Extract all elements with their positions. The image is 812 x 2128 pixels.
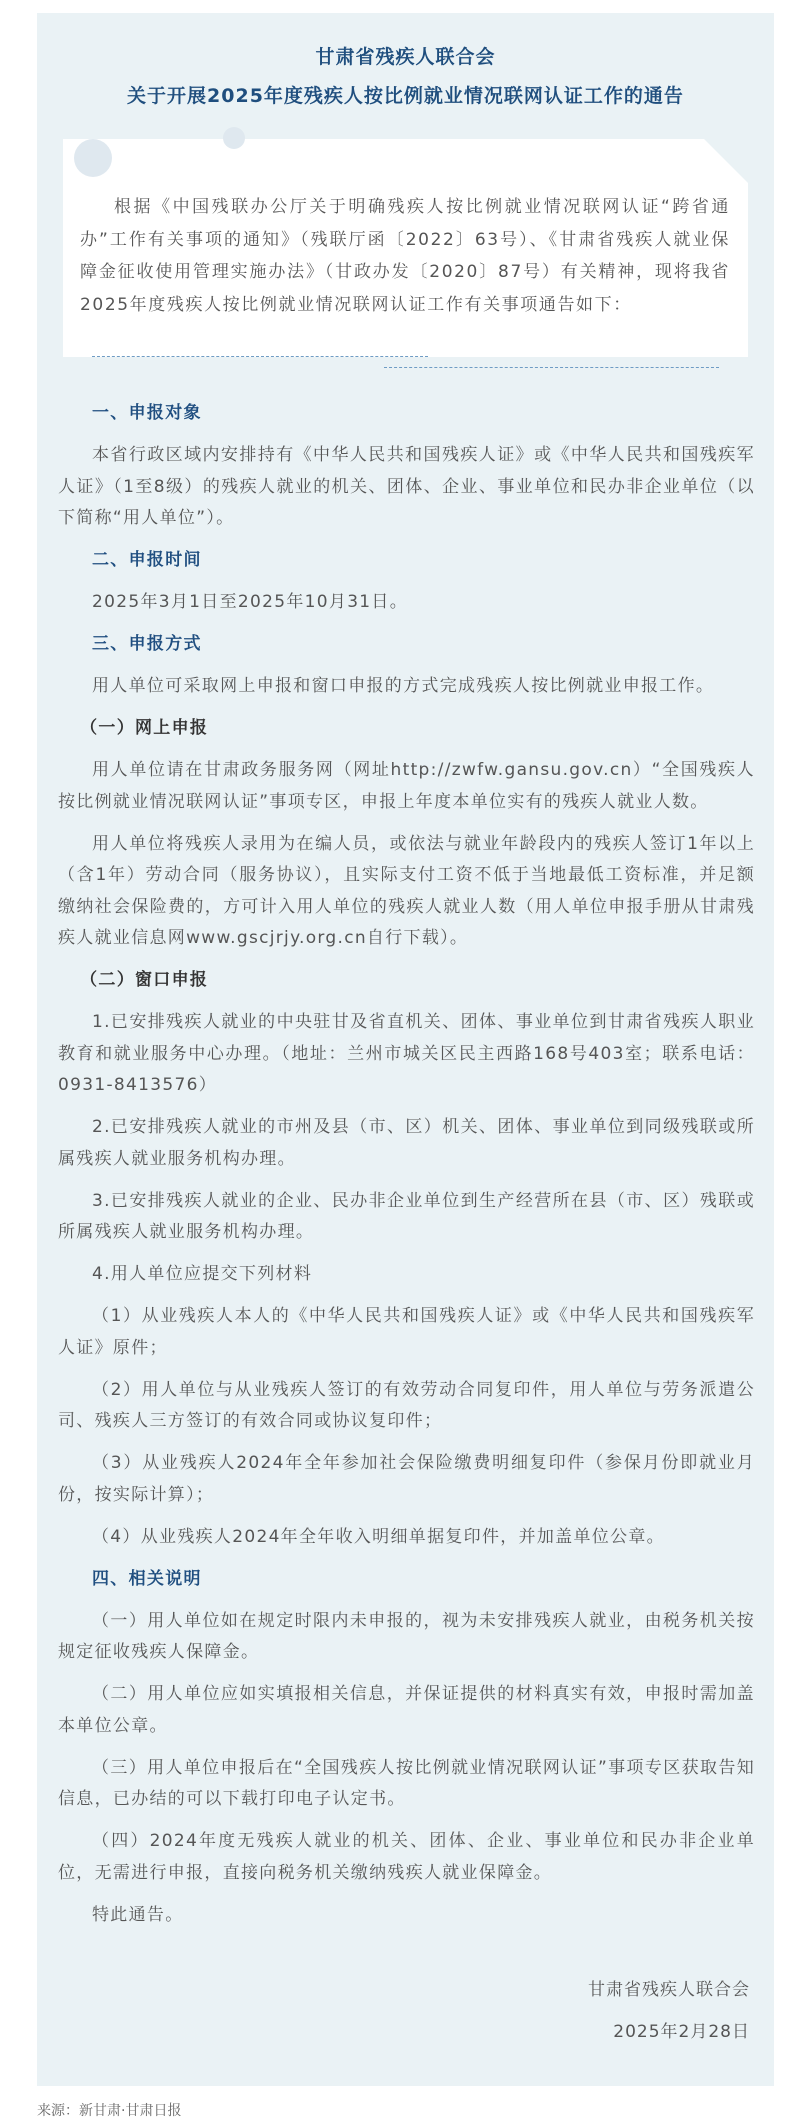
source-attribution: 来源：新甘肃·甘肃日报 xyxy=(37,2100,181,2120)
intro-paragraph: 根据《中国残联办公厅关于明确残疾人按比例就业情况联网认证“跨省通办”工作有关事项… xyxy=(80,191,730,321)
list-item: 2.已安排残疾人就业的市州及县（市、区）机关、团体、事业单位到同级残联或所属残疾… xyxy=(58,1112,755,1175)
section-heading-applicants: 一、申报对象 xyxy=(58,398,755,430)
paragraph: 用人单位请在甘肃政务服务网（网址http://zwfw.gansu.gov.cn… xyxy=(58,755,755,818)
notice-panel: 甘肃省残疾人联合会 关于开展2025年度残疾人按比例就业情况联网认证工作的通告 … xyxy=(37,13,774,2086)
notice-body: 一、申报对象 本省行政区域内安排持有《中华人民共和国残疾人证》或《中华人民共和国… xyxy=(58,398,755,1942)
decorative-circle-small xyxy=(223,127,245,149)
material-item: （3）从业残疾人2024年全年参加社会保险缴费明细复印件（参保月份即就业月份，按… xyxy=(58,1448,755,1511)
paragraph: 2025年3月1日至2025年10月31日。 xyxy=(58,587,755,619)
section-heading-period: 二、申报时间 xyxy=(58,545,755,577)
list-item: 3.已安排残疾人就业的企业、民办非企业单位到生产经营所在县（市、区）残联或所属残… xyxy=(58,1186,755,1249)
subheading-online: （一）网上申报 xyxy=(58,713,755,745)
note-item: （四）2024年度无残疾人就业的机关、团体、企业、事业单位和民办非企业单位，无需… xyxy=(58,1826,755,1889)
note-item: （二）用人单位应如实填报相关信息，并保证提供的材料真实有效，申报时需加盖本单位公… xyxy=(58,1679,755,1742)
closing-text: 特此通告。 xyxy=(58,1900,755,1932)
section-heading-notes: 四、相关说明 xyxy=(58,1564,755,1596)
section-heading-method: 三、申报方式 xyxy=(58,629,755,661)
note-item: （一）用人单位如在规定时限内未申报的，视为未安排残疾人就业，由税务机关按规定征收… xyxy=(58,1606,755,1669)
list-item: 4.用人单位应提交下列材料 xyxy=(58,1259,755,1291)
material-item: （1）从业残疾人本人的《中华人民共和国残疾人证》或《中华人民共和国残疾军人证》原… xyxy=(58,1301,755,1364)
decorative-circle-large xyxy=(74,139,112,177)
material-item: （2）用人单位与从业残疾人签订的有效劳动合同复印件，用人单位与劳务派遣公司、残疾… xyxy=(58,1375,755,1438)
org-title: 甘肃省残疾人联合会 xyxy=(37,45,774,69)
paragraph: 本省行政区域内安排持有《中华人民共和国残疾人证》或《中华人民共和国残疾军人证》（… xyxy=(58,440,755,535)
signature-date: 2025年2月28日 xyxy=(613,2017,750,2042)
paragraph: 用人单位可采取网上申报和窗口申报的方式完成残疾人按比例就业申报工作。 xyxy=(58,671,755,703)
subheading-window: （二）窗口申报 xyxy=(58,965,755,997)
paragraph: 用人单位将残疾人录用为在编人员，或依法与就业年龄段内的残疾人签订1年以上（含1年… xyxy=(58,829,755,955)
material-item: （4）从业残疾人2024年全年收入明细单据复印件，并加盖单位公章。 xyxy=(58,1522,755,1554)
list-item: 1.已安排残疾人就业的中央驻甘及省直机关、团体、事业单位到甘肃省残疾人职业教育和… xyxy=(58,1007,755,1102)
dotted-divider-right xyxy=(384,367,719,368)
note-item: （三）用人单位申报后在“全国残疾人按比例就业情况联网认证”事项专区获取告知信息，… xyxy=(58,1753,755,1816)
signature-org: 甘肃省残疾人联合会 xyxy=(588,1975,750,2000)
dotted-divider-left xyxy=(92,356,428,357)
notice-title: 关于开展2025年度残疾人按比例就业情况联网认证工作的通告 xyxy=(37,84,774,108)
